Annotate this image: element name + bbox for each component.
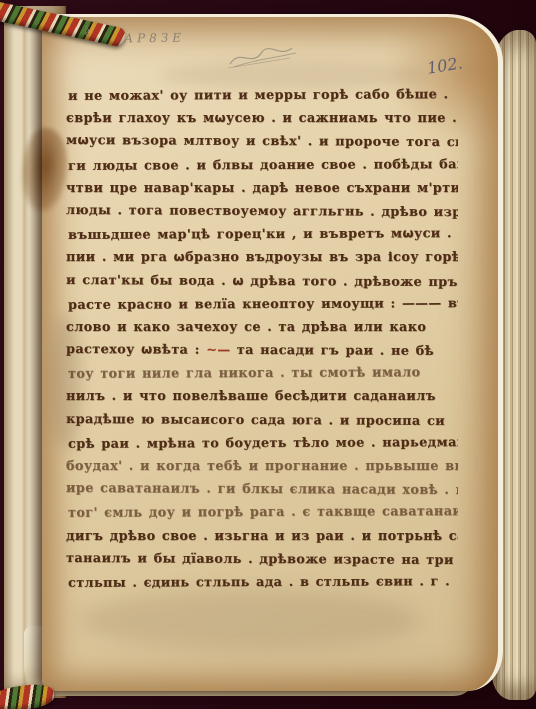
- manuscript-line: стльпы . єдинь стльпь ада . в стльпь єви…: [66, 570, 458, 594]
- manuscript-line: пии . ми рга ѡбразно въдроузы въ зра ісо…: [66, 246, 458, 269]
- line-text: пии . ми рга ѡбразно въдроузы въ зра ісо…: [66, 250, 458, 265]
- ink-showthrough-smudge: [80, 589, 420, 651]
- manuscript-line: дигъ дрѣво свое . изьгна и из раи . и по…: [66, 525, 458, 548]
- manuscript-line: тоу тоги ниле гла никога . ты смотѣ имал…: [66, 361, 458, 386]
- line-text: крадѣше ю высаисого сада юга . и просипа…: [66, 412, 445, 429]
- line-text: расте красно и велїа кнеоптоу имоущи : —…: [68, 296, 458, 313]
- line-text: чтви цре навар'кары . дарѣ невое съхрани…: [66, 181, 458, 196]
- pencil-scribble: [226, 40, 302, 72]
- line-text: срѣ раи . мрѣна то боудеть тѣло мое . на…: [68, 435, 458, 452]
- manuscript-line: тог' ємль доу и погрѣ рага . є таквще са…: [66, 501, 458, 526]
- line-text: стльпы . єдинь стльпь ада . в стльпь єви…: [68, 574, 450, 591]
- manuscript-line: боудах' . и когда тебѣ и прогнание . прь…: [66, 455, 458, 478]
- line-text: боудах' . и когда тебѣ и прогнание . прь…: [66, 459, 458, 474]
- line-text: єврѣи глахоу къ мѡусею . и сажниамь что …: [66, 111, 457, 126]
- line-text: та насади гъ раи . не бѣ: [230, 343, 434, 359]
- manuscript-line: танаилъ и бы дїаволь . дрѣвоже израсте н…: [66, 547, 458, 572]
- line-text: танаилъ и бы дїаволь . дрѣвоже израсте н…: [66, 551, 454, 568]
- manuscript-line: мѡуси възора млтвоу и свѣх' . и пророче …: [66, 129, 458, 154]
- line-text: тоу тоги ниле гла никога . ты смотѣ имал…: [68, 366, 421, 383]
- manuscript-line: ире саватанаилъ . ги блкы єлика насади х…: [66, 477, 458, 502]
- line-text: слово и како зачехоу се . та дрѣва или к…: [66, 320, 426, 335]
- line-text: и слат'кы бы вода . ѡ дрѣва того . дрѣво…: [66, 272, 458, 289]
- manuscript-line: и не можах' оу пити и мерры горѣ сабо бѣ…: [66, 84, 458, 108]
- manuscript-line: нилъ . и что повелѣваше бесѣдити саданаи…: [66, 385, 458, 408]
- manuscript-line: ги люды свое . и блвы доание свое . побѣ…: [66, 153, 458, 178]
- line-text: тог' ємль доу и погрѣ рага . є таквще са…: [68, 504, 458, 521]
- manuscript-line: люды . тога повествоуемоу аггльгнь . дрѣ…: [66, 199, 458, 224]
- manuscript-line: срѣ раи . мрѣна то боудеть тѣло мое . на…: [66, 431, 458, 456]
- manuscript-line: расте красно и велїа кнеоптоу имоущи : —…: [66, 292, 458, 317]
- line-text: мѡуси възора млтвоу и свѣх' . и пророче …: [66, 133, 458, 150]
- line-text: дигъ дрѣво свое . изьгна и из раи . и по…: [66, 529, 458, 544]
- manuscript-line: крадѣше ю высаисого сада юга . и просипа…: [66, 408, 458, 433]
- manuscript-line: и слат'кы бы вода . ѡ дрѣва того . дрѣво…: [66, 268, 458, 293]
- line-text: нилъ . и что повелѣваше бесѣдити саданаи…: [66, 389, 436, 404]
- manuscript-line: растехоу ѡвѣта : ~— та насади гъ раи . н…: [66, 338, 458, 363]
- line-text: ире саватанаилъ . ги блкы єлика насади х…: [66, 481, 458, 498]
- manuscript-line: въшьдшее мар'цѣ горец'ки , и въвретъ мѡу…: [66, 222, 458, 247]
- text-block: и не можах' оу пити и мерры горѣ сабо бѣ…: [66, 84, 458, 594]
- line-text: и не можах' оу пити и мерры горѣ сабо бѣ…: [68, 87, 448, 104]
- manuscript-line: чтви цре навар'кары . дарѣ невое съхрани…: [66, 177, 458, 200]
- line-text: въшьдшее мар'цѣ горец'ки , и въвретъ мѡу…: [68, 226, 458, 243]
- line-red-mark: ~—: [206, 343, 230, 358]
- pencil-shelf-mark: АР8ЗЕ: [124, 30, 185, 45]
- line-text: ги люды свое . и блвы доание свое . побѣ…: [68, 157, 458, 174]
- line-text: растехоу ѡвѣта :: [66, 342, 206, 358]
- pencil-corner-mark: г̃: [83, 25, 90, 39]
- manuscript-line: єврѣи глахоу къ мѡусею . и сажниамь что …: [66, 107, 458, 130]
- manuscript-line: слово и како зачехоу се . та дрѣва или к…: [66, 316, 458, 339]
- line-text: люды . тога повествоуемоу аггльгнь . дрѣ…: [66, 203, 458, 220]
- manuscript-photo: г̃ АР8ЗЕ 102. и не можах' оу пити и мерр…: [0, 0, 536, 709]
